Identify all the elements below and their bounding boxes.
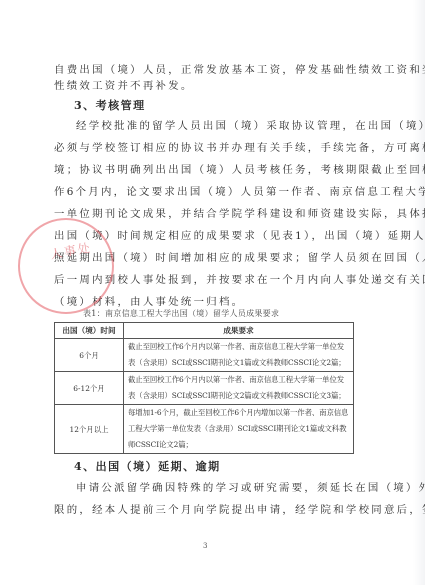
text-line: 申请公派留学确因特殊的学习或研究需要，须延长在国（境）外期 bbox=[76, 481, 425, 495]
page-edge-shadow bbox=[413, 0, 425, 585]
table-row: 6个月 截止至回校工作6个月内以第一作者、南京信息工程大学第一单位发表（含录用）… bbox=[55, 339, 354, 372]
text-line: （境）材料，由人事处统一归档。 bbox=[54, 295, 244, 309]
table-header-row: 出国（境）时间 成果要求 bbox=[55, 323, 354, 339]
text-line: 经学校批准的留学人员出国（境）采取协议管理，在出国（境）前 bbox=[76, 119, 425, 133]
text-line: 境；协议书明确列出出国（境）人员考核任务，考核期限截止至回校工 bbox=[54, 163, 425, 177]
table-caption: 表1：南京信息工程大学出国（境）留学人员成果要求 bbox=[83, 308, 279, 319]
text-line: 后一周内到校人事处报到，并按要求在一个月内向人事处递交有关回国 bbox=[54, 273, 425, 287]
cell-requirement: 每增加1-6个月，截止至回校工作6个月内增加以第一作者、南京信息工程大学第一单位… bbox=[124, 405, 354, 454]
text-line: 必须与学校签订相应的协议书并办理有关手续，手续完备，方可离校出 bbox=[54, 141, 425, 155]
cell-period: 6个月 bbox=[55, 339, 124, 372]
text-line: 一单位期刊论文成果，并结合学院学科建设和师资建设实际，具体按照 bbox=[54, 207, 425, 221]
cell-period: 12个月以上 bbox=[55, 405, 124, 454]
cell-requirement: 截止至回校工作6个月内以第一作者、南京信息工程大学第一单位发表（含录用）SCI或… bbox=[124, 372, 354, 405]
column-header-period: 出国（境）时间 bbox=[55, 323, 124, 339]
column-header-requirement: 成果要求 bbox=[124, 323, 354, 339]
text-line: 照延期出国（境）时间增加相应的成果要求；留学人员须在回国（入境） bbox=[54, 251, 425, 265]
cell-period: 6-12个月 bbox=[55, 372, 124, 405]
table-row: 12个月以上 每增加1-6个月，截止至回校工作6个月内增加以第一作者、南京信息工… bbox=[55, 405, 354, 454]
section-heading-assessment: 3、考核管理 bbox=[74, 97, 146, 113]
text-line: 性绩效工资并不再补发。 bbox=[54, 79, 194, 93]
requirements-table: 出国（境）时间 成果要求 6个月 截止至回校工作6个月内以第一作者、南京信息工程… bbox=[54, 322, 354, 454]
text-line: 限的，经本人提前三个月向学院提出申请，经学院和学校同意后，签订 bbox=[54, 503, 425, 517]
section-heading-extension: 4、出国（境）延期、逾期 bbox=[74, 458, 221, 474]
text-line: 自费出国（境）人员，正常发放基本工资，停发基础性绩效工资和奖励 bbox=[54, 63, 425, 77]
text-line: 出国（境）时间规定相应的成果要求（见表1），出国（境）延期人员按 bbox=[54, 229, 425, 243]
text-line: 作6个月内，论文要求出国（境）人员第一作者、南京信息工程大学第 bbox=[54, 185, 425, 199]
page-number: 3 bbox=[203, 542, 207, 550]
table-row: 6-12个月 截止至回校工作6个月内以第一作者、南京信息工程大学第一单位发表（含… bbox=[55, 372, 354, 405]
cell-requirement: 截止至回校工作6个月内以第一作者、南京信息工程大学第一单位发表（含录用）SCI或… bbox=[124, 339, 354, 372]
